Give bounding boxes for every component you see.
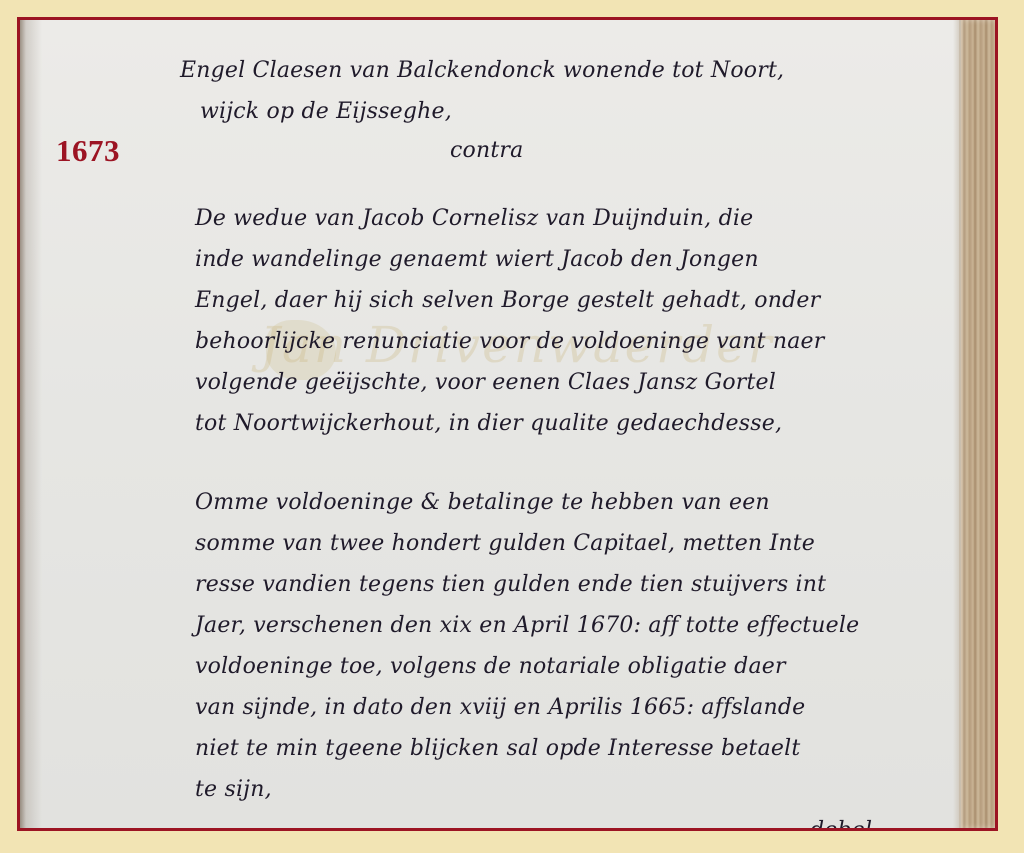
paragraph-1: De wedue van Jacob Cornelisz van Duijndu… [195, 198, 824, 444]
text-line: behoorlijcke renunciatie voor de voldoen… [195, 321, 824, 362]
heading-line: Engel Claesen van Balckendonck wonende t… [180, 50, 784, 91]
text-line: Jaer, verschenen den xix en April 1670: … [195, 605, 859, 646]
text-line: inde wandelinge genaemt wiert Jacob den … [195, 239, 824, 280]
contra-label: contra [450, 130, 523, 171]
text-line: te sijn, [195, 769, 859, 810]
heading-text: Engel Claesen van Balckendonck wonende t… [180, 50, 784, 132]
text-line: resse vandien tegens tien gulden ende ti… [195, 564, 859, 605]
text-line: Engel, daer hij sich selven Borge gestel… [195, 280, 824, 321]
page-edge [959, 20, 995, 828]
text-line: niet te min tgeene blijcken sal opde Int… [195, 728, 859, 769]
text-line: Omme voldoeninge & betalinge te hebben v… [195, 482, 859, 523]
text-line: volgende geëijschte, voor eenen Claes Ja… [195, 362, 824, 403]
text-line: tot Noortwijckerhout, in dier qualite ge… [195, 403, 824, 444]
signature-fragment: debel [810, 810, 872, 831]
text-line: De wedue van Jacob Cornelisz van Duijndu… [195, 198, 824, 239]
text-line: van sijnde, in dato den xviij en Aprilis… [195, 687, 859, 728]
paragraph-2: Omme voldoeninge & betalinge te hebben v… [195, 482, 859, 810]
text-line: somme van twee hondert gulden Capitael, … [195, 523, 859, 564]
text-line: voldoeninge toe, volgens de notariale ob… [195, 646, 859, 687]
document-frame: Jan Drivenwaerder 1673 Engel Claesen van… [17, 17, 998, 831]
year-label: 1673 [56, 133, 120, 169]
heading-line: wijck op de Eijsseghe, [180, 91, 784, 132]
